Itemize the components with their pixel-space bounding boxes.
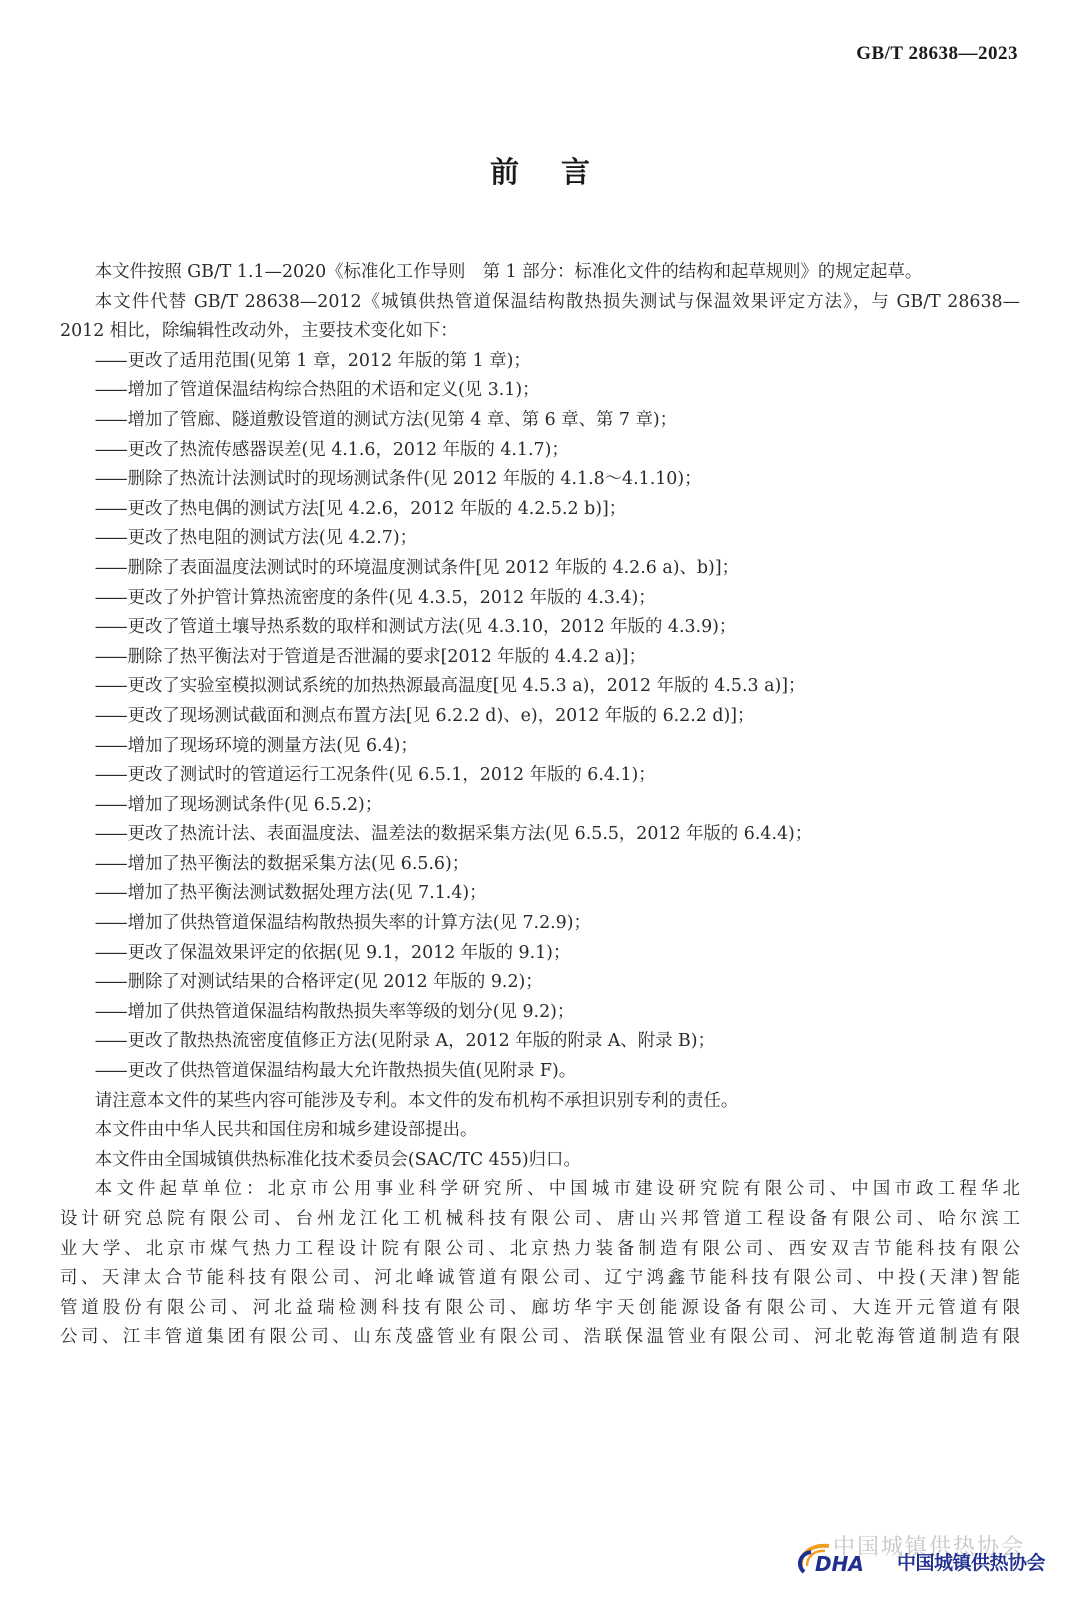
- list-item: ——更改了热流计法、表面温度法、温差法的数据采集方法(见 6.5.5，2012 …: [60, 820, 1020, 850]
- standard-number: GB/T 28638—2023: [856, 43, 1018, 65]
- dash-marker: ——: [95, 706, 126, 726]
- intro-paragraph-1: 本文件按照 GB/T 1.1—2020《标准化工作导则 第 1 部分：标准化文件…: [60, 258, 1020, 288]
- dash-marker: ——: [95, 440, 126, 460]
- dash-marker: ——: [95, 558, 126, 578]
- list-item-text: 更改了实验室模拟测试系统的加热热源最高温度[见 4.5.3 a)，2012 年版…: [128, 676, 806, 696]
- list-item-text: 更改了保温效果评定的依据(见 9.1，2012 年版的 9.1)；: [128, 943, 571, 963]
- list-item-text: 增加了热平衡法的数据采集方法(见 6.5.6)；: [128, 854, 470, 874]
- dash-marker: ——: [95, 854, 126, 874]
- dash-marker: ——: [95, 943, 126, 963]
- svg-text:DHA: DHA: [815, 1552, 864, 1574]
- document-body: 本文件按照 GB/T 1.1—2020《标准化工作导则 第 1 部分：标准化文件…: [60, 258, 1020, 1353]
- list-item-text: 更改了现场测试截面和测点布置方法[见 6.2.2 d)、e)，2012 年版的 …: [128, 706, 755, 726]
- list-item-text: 更改了散热热流密度值修正方法(见附录 A，2012 年版的附录 A、附录 B)；: [128, 1031, 715, 1051]
- list-item: ——更改了散热热流密度值修正方法(见附录 A，2012 年版的附录 A、附录 B…: [60, 1027, 1020, 1057]
- dash-marker: ——: [95, 883, 126, 903]
- intro-paragraph-2: 本文件代替 GB/T 28638—2012《城镇供热管道保温结构散热损失测试与保…: [60, 288, 1020, 347]
- list-item: ——更改了适用范围(见第 1 章，2012 年版的第 1 章)；: [60, 347, 1020, 377]
- drafters-line: 业大学、北京市煤气热力工程设计院有限公司、北京热力装备制造有限公司、西安双吉节能…: [60, 1235, 1020, 1265]
- dash-marker: ——: [95, 1061, 126, 1081]
- list-item: ——增加了供热管道保温结构散热损失率等级的划分(见 9.2)；: [60, 998, 1020, 1028]
- list-item-text: 更改了管道土壤导热系数的取样和测试方法(见 4.3.10，2012 年版的 4.…: [128, 617, 737, 637]
- list-item: ——增加了热平衡法的数据采集方法(见 6.5.6)；: [60, 850, 1020, 880]
- list-item: ——更改了现场测试截面和测点布置方法[见 6.2.2 d)、e)，2012 年版…: [60, 702, 1020, 732]
- list-item: ——增加了现场环境的测量方法(见 6.4)；: [60, 732, 1020, 762]
- list-item: ——增加了热平衡法测试数据处理方法(见 7.1.4)；: [60, 879, 1020, 909]
- list-item: ——更改了热流传感器误差(见 4.1.6，2012 年版的 4.1.7)；: [60, 436, 1020, 466]
- drafting-units: 本文件起草单位：北京市公用事业科学研究所、中国城市建设研究院有限公司、中国市政工…: [60, 1175, 1020, 1353]
- list-item: ——增加了现场测试条件(见 6.5.2)；: [60, 791, 1020, 821]
- dash-marker: ——: [95, 528, 126, 548]
- list-item-text: 增加了供热管道保温结构散热损失率的计算方法(见 7.2.9)；: [128, 913, 591, 933]
- drafters-line: 本文件起草单位：北京市公用事业科学研究所、中国城市建设研究院有限公司、中国市政工…: [60, 1175, 1020, 1205]
- dash-marker: ——: [95, 588, 126, 608]
- dash-marker: ——: [95, 380, 126, 400]
- watermark-org-name: 中国城镇供热协会: [897, 1548, 1045, 1575]
- dash-marker: ——: [95, 736, 126, 756]
- drafters-line: 设计研究总院有限公司、台州龙江化工机械科技有限公司、唐山兴邦管道工程设备有限公司…: [60, 1205, 1020, 1235]
- list-item-text: 更改了供热管道保温结构最大允许散热损失值(见附录 F)。: [128, 1061, 577, 1081]
- list-item-text: 删除了热平衡法对于管道是否泄漏的要求[2012 年版的 4.4.2 a)]；: [128, 647, 646, 667]
- list-item-text: 删除了热流计法测试时的现场测试条件(见 2012 年版的 4.1.8～4.1.1…: [128, 469, 702, 489]
- list-item-text: 删除了表面温度法测试时的环境温度测试条件[见 2012 年版的 4.2.6 a)…: [128, 558, 739, 578]
- list-item-text: 更改了外护管计算热流密度的条件(见 4.3.5，2012 年版的 4.3.4)；: [128, 588, 656, 608]
- dash-marker: ——: [95, 765, 126, 785]
- list-item-text: 更改了热电阻的测试方法(见 4.2.7)；: [128, 528, 417, 548]
- list-item: ——增加了供热管道保温结构散热损失率的计算方法(见 7.2.9)；: [60, 909, 1020, 939]
- list-item-text: 更改了适用范围(见第 1 章，2012 年版的第 1 章)；: [128, 351, 531, 371]
- list-item-text: 增加了管道保温结构综合热阻的术语和定义(见 3.1)；: [128, 380, 540, 400]
- list-item-text: 更改了热流传感器误差(见 4.1.6，2012 年版的 4.1.7)；: [128, 440, 569, 460]
- list-item: ——删除了热流计法测试时的现场测试条件(见 2012 年版的 4.1.8～4.1…: [60, 465, 1020, 495]
- dash-marker: ——: [95, 499, 126, 519]
- page-title: 前言: [0, 150, 1080, 191]
- list-item: ——删除了对测试结果的合格评定(见 2012 年版的 9.2)；: [60, 968, 1020, 998]
- managed-by-notice: 本文件由全国城镇供热标准化技术委员会(SAC/TC 455)归口。: [60, 1146, 1020, 1176]
- proposed-by-notice: 本文件由中华人民共和国住房和城乡建设部提出。: [60, 1116, 1020, 1146]
- watermark: 中国城镇供热协会 DHA 中国城镇供热协会: [795, 1538, 1065, 1578]
- dash-marker: ——: [95, 351, 126, 371]
- list-item: ——增加了管道保温结构综合热阻的术语和定义(见 3.1)；: [60, 376, 1020, 406]
- list-item: ——更改了热电偶的测试方法[见 4.2.6，2012 年版的 4.2.5.2 b…: [60, 495, 1020, 525]
- list-item-text: 更改了热电偶的测试方法[见 4.2.6，2012 年版的 4.2.5.2 b)]…: [128, 499, 627, 519]
- dash-marker: ——: [95, 1031, 126, 1051]
- drafters-line: 司、天津太合节能科技有限公司、河北峰诚管道有限公司、辽宁鸿鑫节能科技有限公司、中…: [60, 1264, 1020, 1294]
- dash-marker: ——: [95, 1002, 126, 1022]
- dash-marker: ——: [95, 913, 126, 933]
- dash-marker: ——: [95, 469, 126, 489]
- drafters-line: 公司、江丰管道集团有限公司、山东茂盛管业有限公司、浩联保温管业有限公司、河北乾海…: [60, 1323, 1020, 1353]
- patent-notice: 请注意本文件的某些内容可能涉及专利。本文件的发布机构不承担识别专利的责任。: [60, 1087, 1020, 1117]
- dash-marker: ——: [95, 410, 126, 430]
- dash-marker: ——: [95, 795, 126, 815]
- dash-marker: ——: [95, 972, 126, 992]
- list-item-text: 增加了管廊、隧道敷设管道的测试方法(见第 4 章、第 6 章、第 7 章)；: [128, 410, 677, 430]
- list-item: ——更改了测试时的管道运行工况条件(见 6.5.1，2012 年版的 6.4.1…: [60, 761, 1020, 791]
- dash-marker: ——: [95, 676, 126, 696]
- dha-logo-icon: DHA: [795, 1542, 890, 1574]
- drafters-line: 管道股份有限公司、河北益瑞检测科技有限公司、廊坊华宇天创能源设备有限公司、大连开…: [60, 1294, 1020, 1324]
- list-item-text: 更改了热流计法、表面温度法、温差法的数据采集方法(见 6.5.5，2012 年版…: [128, 824, 813, 844]
- list-item-text: 增加了热平衡法测试数据处理方法(见 7.1.4)；: [128, 883, 487, 903]
- list-item: ——增加了管廊、隧道敷设管道的测试方法(见第 4 章、第 6 章、第 7 章)；: [60, 406, 1020, 436]
- list-item-text: 增加了现场测试条件(见 6.5.2)；: [128, 795, 383, 815]
- list-item: ——更改了热电阻的测试方法(见 4.2.7)；: [60, 524, 1020, 554]
- list-item-text: 删除了对测试结果的合格评定(见 2012 年版的 9.2)；: [128, 972, 543, 992]
- changes-list: ——更改了适用范围(见第 1 章，2012 年版的第 1 章)； ——增加了管道…: [60, 347, 1020, 1087]
- list-item-text: 增加了供热管道保温结构散热损失率等级的划分(见 9.2)；: [128, 1002, 575, 1022]
- dash-marker: ——: [95, 617, 126, 637]
- list-item: ——更改了保温效果评定的依据(见 9.1，2012 年版的 9.1)；: [60, 939, 1020, 969]
- list-item: ——更改了外护管计算热流密度的条件(见 4.3.5，2012 年版的 4.3.4…: [60, 584, 1020, 614]
- dash-marker: ——: [95, 647, 126, 667]
- dash-marker: ——: [95, 824, 126, 844]
- list-item-text: 增加了现场环境的测量方法(见 6.4)；: [128, 736, 418, 756]
- list-item: ——删除了表面温度法测试时的环境温度测试条件[见 2012 年版的 4.2.6 …: [60, 554, 1020, 584]
- list-item: ——更改了管道土壤导热系数的取样和测试方法(见 4.3.10，2012 年版的 …: [60, 613, 1020, 643]
- list-item: ——删除了热平衡法对于管道是否泄漏的要求[2012 年版的 4.4.2 a)]；: [60, 643, 1020, 673]
- list-item: ——更改了实验室模拟测试系统的加热热源最高温度[见 4.5.3 a)，2012 …: [60, 672, 1020, 702]
- list-item-text: 更改了测试时的管道运行工况条件(见 6.5.1，2012 年版的 6.4.1)；: [128, 765, 656, 785]
- list-item: ——更改了供热管道保温结构最大允许散热损失值(见附录 F)。: [60, 1057, 1020, 1087]
